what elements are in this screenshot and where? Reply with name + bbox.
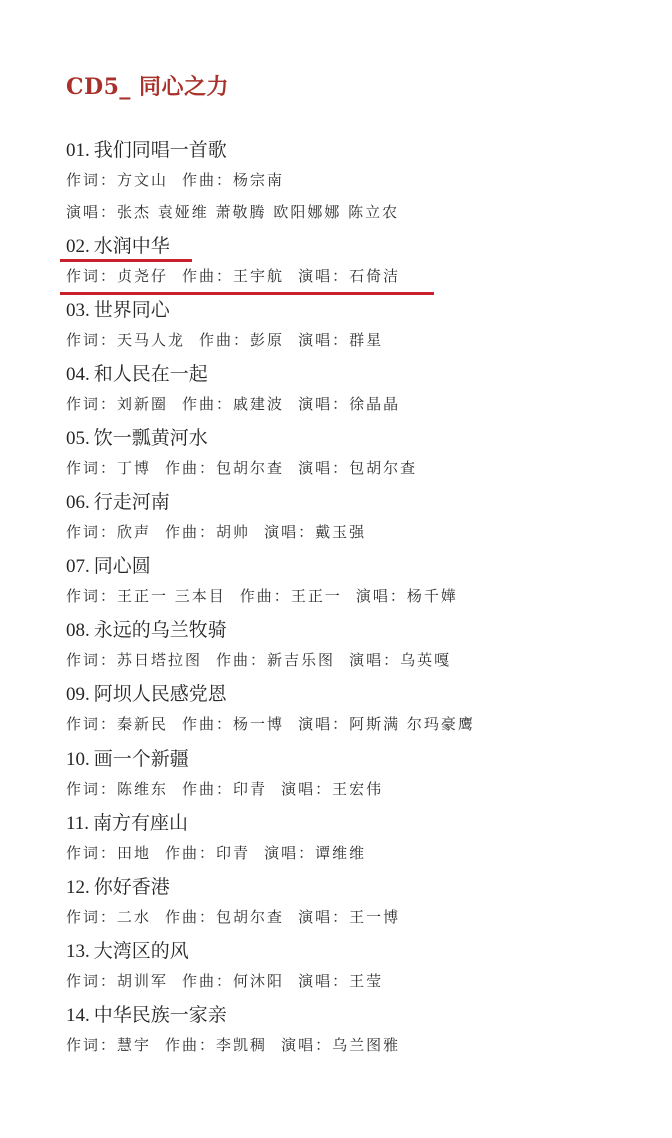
track-name: 画一个新疆 (94, 748, 189, 770)
lyrics-label: 作词： (66, 651, 117, 669)
lyricist: 方文山 (117, 171, 168, 189)
lyricist: 苏日塔拉图 (117, 651, 202, 669)
lyricist: 欣声 (117, 523, 151, 541)
lyrics-label: 作词： (66, 844, 117, 862)
highlight-underline-title (60, 259, 192, 262)
singer: 乌英嘎 (400, 651, 451, 669)
composer: 杨宗南 (233, 171, 284, 189)
track-item: 14.中华民族一家亲 作词：慧宇作曲：李凯稠演唱：乌兰图雅 (66, 1002, 626, 1056)
track-number: 12. (66, 877, 90, 898)
singer: 王宏伟 (332, 780, 383, 798)
composer: 何沐阳 (233, 972, 284, 990)
track-credits: 作词：慧宇作曲：李凯稠演唱：乌兰图雅 (66, 1034, 626, 1056)
track-name: 大湾区的风 (94, 940, 189, 962)
track-title: 12.你好香港 (66, 874, 626, 900)
track-title: 01.我们同唱一首歌 (66, 137, 626, 163)
track-title: 04.和人民在一起 (66, 361, 626, 387)
composer: 戚建波 (233, 395, 284, 413)
track-name: 世界同心 (94, 299, 170, 321)
track-item: 08.永远的乌兰牧骑 作词：苏日塔拉图作曲：新吉乐图演唱：乌英嘎 (66, 617, 626, 671)
lyricist: 慧宇 (117, 1036, 151, 1054)
singer: 乌兰图雅 (332, 1036, 400, 1054)
singer-label: 演唱： (264, 523, 315, 541)
singer-label: 演唱： (281, 780, 332, 798)
singer: 张杰 袁娅维 萧敬腾 欧阳娜娜 陈立农 (117, 203, 399, 221)
lyricist: 二水 (117, 908, 151, 926)
track-credits: 作词：丁博作曲：包胡尔查演唱：包胡尔查 (66, 457, 626, 479)
singer-label: 演唱： (298, 972, 349, 990)
lyrics-label: 作词： (66, 523, 117, 541)
composer: 彭原 (250, 331, 284, 349)
singer-label: 演唱： (298, 395, 349, 413)
track-number: 05. (66, 428, 90, 449)
composer: 新吉乐图 (267, 651, 335, 669)
track-name: 我们同唱一首歌 (94, 139, 227, 161)
track-credits: 作词：陈维东作曲：印青演唱：王宏伟 (66, 778, 626, 800)
music-label: 作曲： (182, 780, 233, 798)
composer: 王正一 (291, 587, 342, 605)
track-name: 饮一瓢黄河水 (94, 427, 208, 449)
music-label: 作曲： (182, 972, 233, 990)
track-item: 06.行走河南 作词：欣声作曲：胡帅演唱：戴玉强 (66, 489, 626, 543)
track-title: 11.南方有座山 (66, 810, 626, 836)
track-title: 13.大湾区的风 (66, 938, 626, 964)
lyrics-label: 作词： (66, 267, 117, 285)
singer-label: 演唱： (356, 587, 407, 605)
singer-label: 演唱： (298, 459, 349, 477)
lyricist: 贞尧仔 (117, 267, 168, 285)
track-number: 09. (66, 684, 90, 705)
track-number: 01. (66, 140, 90, 161)
track-number: 04. (66, 364, 90, 385)
highlight-underline-credits (60, 292, 434, 295)
track-item: 10.画一个新疆 作词：陈维东作曲：印青演唱：王宏伟 (66, 746, 626, 800)
track-name: 永远的乌兰牧骑 (94, 619, 227, 641)
singer: 徐晶晶 (349, 395, 400, 413)
lyricist: 胡训军 (117, 972, 168, 990)
singer-label: 演唱： (281, 1036, 332, 1054)
composer: 包胡尔查 (216, 908, 284, 926)
singer: 石倚洁 (349, 267, 400, 285)
music-label: 作曲： (199, 331, 250, 349)
singer: 阿斯满 尔玛豪鹰 (349, 715, 475, 733)
track-number: 06. (66, 492, 90, 513)
track-credits: 作词：刘新圈作曲：戚建波演唱：徐晶晶 (66, 393, 626, 415)
track-title: 07.同心圆 (66, 553, 626, 579)
music-label: 作曲： (182, 267, 233, 285)
lyrics-label: 作词： (66, 780, 117, 798)
lyricist: 王正一 三本目 (117, 587, 226, 605)
track-name: 和人民在一起 (94, 363, 208, 385)
lyrics-label: 作词： (66, 715, 117, 733)
lyricist: 秦新民 (117, 715, 168, 733)
track-title: 06.行走河南 (66, 489, 626, 515)
track-number: 10. (66, 749, 90, 770)
track-number: 03. (66, 300, 90, 321)
track-name: 阿坝人民感党恩 (94, 683, 227, 705)
composer: 李凯稠 (216, 1036, 267, 1054)
singer-label: 演唱： (298, 715, 349, 733)
track-number: 13. (66, 941, 90, 962)
track-title: 14.中华民族一家亲 (66, 1002, 626, 1028)
track-name: 中华民族一家亲 (94, 1004, 227, 1026)
lyrics-label: 作词： (66, 587, 117, 605)
track-credits: 作词：天马人龙作曲：彭原演唱：群星 (66, 329, 626, 351)
lyricist: 丁博 (117, 459, 151, 477)
music-label: 作曲： (240, 587, 291, 605)
lyrics-label: 作词： (66, 908, 117, 926)
track-title: 10.画一个新疆 (66, 746, 626, 772)
lyricist: 田地 (117, 844, 151, 862)
track-item: 01.我们同唱一首歌 作词：方文山作曲：杨宗南 演唱：张杰 袁娅维 萧敬腾 欧阳… (66, 137, 626, 223)
composer: 印青 (216, 844, 250, 862)
music-label: 作曲： (182, 395, 233, 413)
track-title: 05.饮一瓢黄河水 (66, 425, 626, 451)
singer-label: 演唱： (298, 331, 349, 349)
track-credits: 作词：二水作曲：包胡尔查演唱：王一博 (66, 906, 626, 928)
track-item: 09.阿坝人民感党恩 作词：秦新民作曲：杨一博演唱：阿斯满 尔玛豪鹰 (66, 681, 626, 735)
track-name: 行走河南 (94, 491, 170, 513)
singer-label: 演唱： (349, 651, 400, 669)
singer: 戴玉强 (315, 523, 366, 541)
track-credits: 作词：欣声作曲：胡帅演唱：戴玉强 (66, 521, 626, 543)
composer: 杨一博 (233, 715, 284, 733)
track-title: 02.水润中华 (66, 233, 626, 259)
track-name: 你好香港 (94, 876, 170, 898)
track-item: 11.南方有座山 作词：田地作曲：印青演唱：谭维维 (66, 810, 626, 864)
track-number: 14. (66, 1005, 90, 1026)
music-label: 作曲： (165, 1036, 216, 1054)
album-tracklist-page: CD5_ 同心之力 01.我们同唱一首歌 作词：方文山作曲：杨宗南 演唱：张杰 … (0, 0, 672, 1138)
track-credits: 作词：王正一 三本目作曲：王正一演唱：杨千嬅 (66, 585, 626, 607)
track-credits: 作词：苏日塔拉图作曲：新吉乐图演唱：乌英嘎 (66, 649, 626, 671)
track-number: 07. (66, 556, 90, 577)
lyricist: 刘新圈 (117, 395, 168, 413)
track-item: 05.饮一瓢黄河水 作词：丁博作曲：包胡尔查演唱：包胡尔查 (66, 425, 626, 479)
lyrics-label: 作词： (66, 331, 117, 349)
track-item: 03.世界同心 作词：天马人龙作曲：彭原演唱：群星 (66, 297, 626, 351)
composer: 胡帅 (216, 523, 250, 541)
track-credits: 作词：田地作曲：印青演唱：谭维维 (66, 842, 626, 864)
track-name: 水润中华 (94, 235, 170, 257)
music-label: 作曲： (182, 715, 233, 733)
lyrics-label: 作词： (66, 1036, 117, 1054)
track-credits: 作词：秦新民作曲：杨一博演唱：阿斯满 尔玛豪鹰 (66, 713, 626, 735)
singer: 杨千嬅 (407, 587, 458, 605)
track-name: 同心圆 (94, 555, 151, 577)
composer: 王宇航 (233, 267, 284, 285)
lyrics-label: 作词： (66, 395, 117, 413)
lyrics-label: 作词： (66, 972, 117, 990)
lyrics-label: 作词： (66, 171, 117, 189)
track-number: 11. (66, 813, 89, 834)
track-item: 04.和人民在一起 作词：刘新圈作曲：戚建波演唱：徐晶晶 (66, 361, 626, 415)
music-label: 作曲： (165, 908, 216, 926)
composer: 印青 (233, 780, 267, 798)
music-label: 作曲： (182, 171, 233, 189)
track-credits: 作词：方文山作曲：杨宗南 (66, 169, 626, 191)
track-credits: 作词：贞尧仔作曲：王宇航演唱：石倚洁 (66, 265, 626, 287)
track-title: 08.永远的乌兰牧骑 (66, 617, 626, 643)
track-title: 03.世界同心 (66, 297, 626, 323)
singer-label: 演唱： (298, 267, 349, 285)
music-label: 作曲： (216, 651, 267, 669)
music-label: 作曲： (165, 844, 216, 862)
track-credits: 作词：胡训军作曲：何沐阳演唱：王莹 (66, 970, 626, 992)
track-item: 12.你好香港 作词：二水作曲：包胡尔查演唱：王一博 (66, 874, 626, 928)
track-item: 13.大湾区的风 作词：胡训军作曲：何沐阳演唱：王莹 (66, 938, 626, 992)
singer: 包胡尔查 (349, 459, 417, 477)
singer-label: 演唱： (298, 908, 349, 926)
track-number: 02. (66, 236, 90, 257)
track-item: 07.同心圆 作词：王正一 三本目作曲：王正一演唱：杨千嬅 (66, 553, 626, 607)
track-singers: 演唱：张杰 袁娅维 萧敬腾 欧阳娜娜 陈立农 (66, 201, 626, 223)
lyricist: 天马人龙 (117, 331, 185, 349)
lyricist: 陈维东 (117, 780, 168, 798)
music-label: 作曲： (165, 459, 216, 477)
singer-label: 演唱： (66, 203, 117, 221)
album-title: CD5_ 同心之力 (66, 72, 229, 102)
singer: 王一博 (349, 908, 400, 926)
singer: 王莹 (349, 972, 383, 990)
composer: 包胡尔查 (216, 459, 284, 477)
track-title: 09.阿坝人民感党恩 (66, 681, 626, 707)
track-name: 南方有座山 (93, 812, 188, 834)
singer: 谭维维 (315, 844, 366, 862)
singer-label: 演唱： (264, 844, 315, 862)
lyrics-label: 作词： (66, 459, 117, 477)
singer: 群星 (349, 331, 383, 349)
music-label: 作曲： (165, 523, 216, 541)
track-number: 08. (66, 620, 90, 641)
